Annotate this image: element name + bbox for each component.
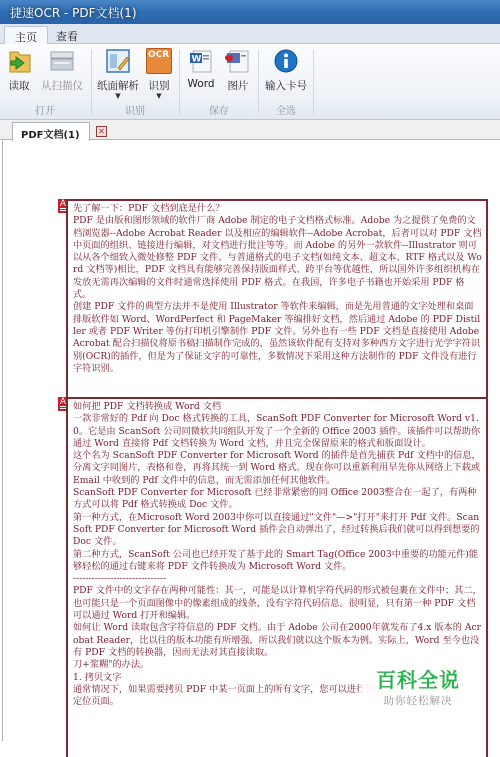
block-paragraph: 如何把 PDF 文档转换成 Word 文档 (73, 401, 482, 413)
ribbon-tab-bar: 主页 查看 (0, 24, 500, 44)
document-tab-bar: PDF文档(1) ✕ (0, 120, 500, 140)
block-paragraph: 第二种方式，ScanSoft 公司也已经开发了基于此的 Smart Tag(Of… (73, 549, 482, 574)
save-word-label: Word (188, 78, 215, 90)
block-paragraph: 先了解一下：PDF 文档到底是什么？ (73, 203, 482, 215)
info-icon (272, 48, 300, 74)
group-recognize-label: 识别 (92, 102, 178, 117)
read-button[interactable]: 读取 (6, 48, 32, 93)
block-paragraph: 创建 PDF 文件的典型方法并不是使用 Illustrator 等软件来编辑，而… (73, 301, 482, 375)
block-paragraph: PDF 是由版和图形领域的软件厂商 Adobe 制定的电子文档格式标准。Adob… (73, 215, 482, 301)
block-paragraph: 一款非常好的 Pdf 向 Doc 格式转换的工具，ScanSoft PDF Co… (73, 413, 482, 450)
chevron-down-icon: ▼ (96, 93, 140, 99)
close-icon[interactable]: ✕ (96, 126, 107, 137)
from-scanner-button[interactable]: 从扫描仪 (38, 48, 86, 93)
block-paragraph: PDF 文件中的文字存在两种可能性：其一，可能是以计算机字符代码的形式被包裹在文… (73, 585, 482, 622)
recognize-button[interactable]: OCR 识别 ▼ (144, 48, 174, 99)
folder-open-icon (6, 48, 34, 74)
block-paragraph: ------------------------------ (73, 573, 482, 585)
group-select-all-label: 全选 (259, 102, 313, 117)
save-word-button[interactable]: W Word (184, 48, 218, 90)
image-icon (224, 48, 252, 74)
recognize-label: 识别 (149, 80, 170, 92)
ribbon-separator (313, 50, 314, 114)
svg-text:W: W (192, 55, 202, 65)
window-title: 捷速OCR - PDF文档(1) (10, 4, 137, 21)
group-save: W Word 图片 保存 (180, 44, 258, 120)
layout-analysis-button[interactable]: 纸面解析 ▼ (96, 48, 140, 99)
read-label: 读取 (9, 80, 30, 92)
chevron-down-icon: ▼ (144, 93, 174, 99)
scanner-icon (48, 48, 76, 74)
block-paragraph: ScanSoft PDF Converter for Microsoft 已经非… (73, 487, 482, 512)
enter-card-number-label: 输入卡号 (265, 80, 307, 92)
document-tab-label: PDF文档(1) (21, 130, 80, 141)
word-doc-icon: W (187, 48, 215, 74)
watermark-subtitle: 助你轻松解决 (362, 693, 474, 708)
block-paragraph: 如何让 Word 读取包含字符信息的 PDF 文档。由于 Adobe 公司在20… (73, 622, 482, 659)
block-paragraph: 第一种方式，在Microsoft Word 2003中你可以直接通过"文件"—>… (73, 512, 482, 549)
title-bar: 捷速OCR - PDF文档(1) (0, 0, 500, 24)
document-canvas: A 先了解一下：PDF 文档到底是什么？ PDF 是由版和图形领域的软件厂商 A… (2, 141, 500, 741)
group-open: 读取 从扫描仪 打开 (0, 44, 90, 120)
ocr-icon: OCR (146, 48, 172, 74)
watermark: 百科全说 助你轻松解决 (362, 662, 474, 714)
group-save-label: 保存 (180, 102, 258, 117)
save-image-button[interactable]: 图片 (222, 48, 254, 93)
from-scanner-label: 从扫描仪 (41, 80, 83, 92)
block-paragraph: 这个名为 ScanSoft PDF Converter for Microsof… (73, 450, 482, 487)
layout-edit-icon (104, 48, 132, 74)
tab-view[interactable]: 查看 (46, 26, 88, 45)
ribbon: 读取 从扫描仪 打开 纸面解析 ▼ OCR 识别 ▼ 识别 (0, 44, 500, 120)
group-open-label: 打开 (0, 102, 90, 117)
group-recognize: 纸面解析 ▼ OCR 识别 ▼ 识别 (92, 44, 178, 120)
group-select-all: 输入卡号 全选 (259, 44, 313, 120)
save-image-label: 图片 (228, 80, 249, 92)
layout-analysis-label: 纸面解析 (97, 80, 139, 92)
watermark-title: 百科全说 (362, 664, 474, 693)
tab-home[interactable]: 主页 (4, 26, 48, 45)
document-tab[interactable]: PDF文档(1) ✕ (12, 122, 90, 141)
enter-card-number-button[interactable]: 输入卡号 (263, 48, 309, 93)
